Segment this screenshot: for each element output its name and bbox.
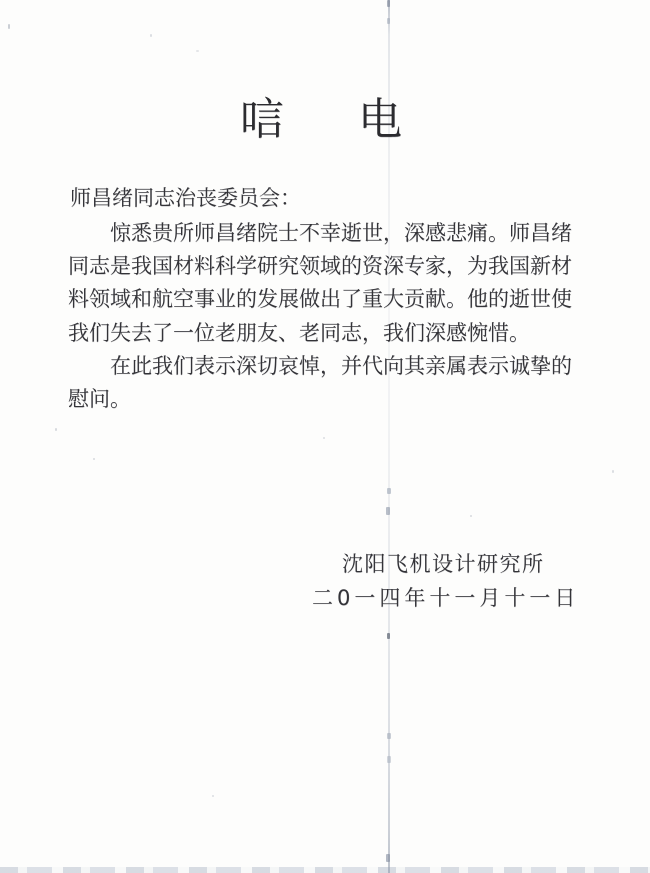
body-line: 我们失去了一位老朋友、老同志，我们深感惋惜。 bbox=[68, 317, 572, 350]
document-title: 唁 电 bbox=[0, 98, 646, 142]
fold-crease-mark bbox=[387, 488, 391, 494]
salutation-line: 师昌绪同志治丧委员会： bbox=[70, 188, 301, 209]
body-line: 料领域和航空事业的发展做出了重大贡献。他的逝世使 bbox=[68, 283, 572, 316]
fold-crease-mark bbox=[386, 854, 390, 862]
title-char-left: 唁 bbox=[240, 98, 284, 142]
body-line: 惊悉贵所师昌绪院士不幸逝世，深感悲痛。师昌绪 bbox=[68, 217, 572, 250]
scan-speck bbox=[93, 458, 95, 460]
fold-crease-mark bbox=[386, 507, 390, 515]
scan-speck bbox=[323, 437, 325, 439]
scan-speck bbox=[8, 24, 10, 29]
body-line: 同志是我国材料科学研究领域的资深专家，为我国新材 bbox=[68, 250, 572, 283]
scanned-document-page: 唁 电 师昌绪同志治丧委员会： 惊悉贵所师昌绪院士不幸逝世，深感悲痛。师昌绪 同… bbox=[0, 0, 650, 873]
scan-speck bbox=[55, 428, 57, 431]
scan-speck bbox=[470, 515, 472, 517]
scan-speck bbox=[612, 470, 614, 473]
body-line: 在此我们表示深切哀悼，并代向其亲属表示诚挚的 bbox=[68, 350, 572, 383]
body-line: 慰问。 bbox=[68, 383, 572, 416]
fold-crease-mark bbox=[387, 756, 391, 763]
scan-bottom-edge bbox=[0, 867, 650, 873]
document-body: 惊悉贵所师昌绪院士不幸逝世，深感悲痛。师昌绪 同志是我国材料科学研究领域的资深专… bbox=[68, 217, 572, 416]
fold-crease-mark bbox=[387, 733, 391, 739]
fold-crease-mark bbox=[387, 0, 390, 7]
scan-speck bbox=[212, 795, 214, 797]
scan-speck bbox=[196, 50, 199, 52]
signature-line: 沈阳飞机设计研究所 bbox=[342, 553, 545, 575]
fold-crease-mark bbox=[387, 633, 390, 639]
date-line: 二0一四年十一月十一日 bbox=[312, 587, 579, 609]
scan-speck bbox=[150, 34, 152, 37]
fold-crease-mark bbox=[387, 18, 390, 24]
title-char-right: 电 bbox=[358, 98, 402, 142]
